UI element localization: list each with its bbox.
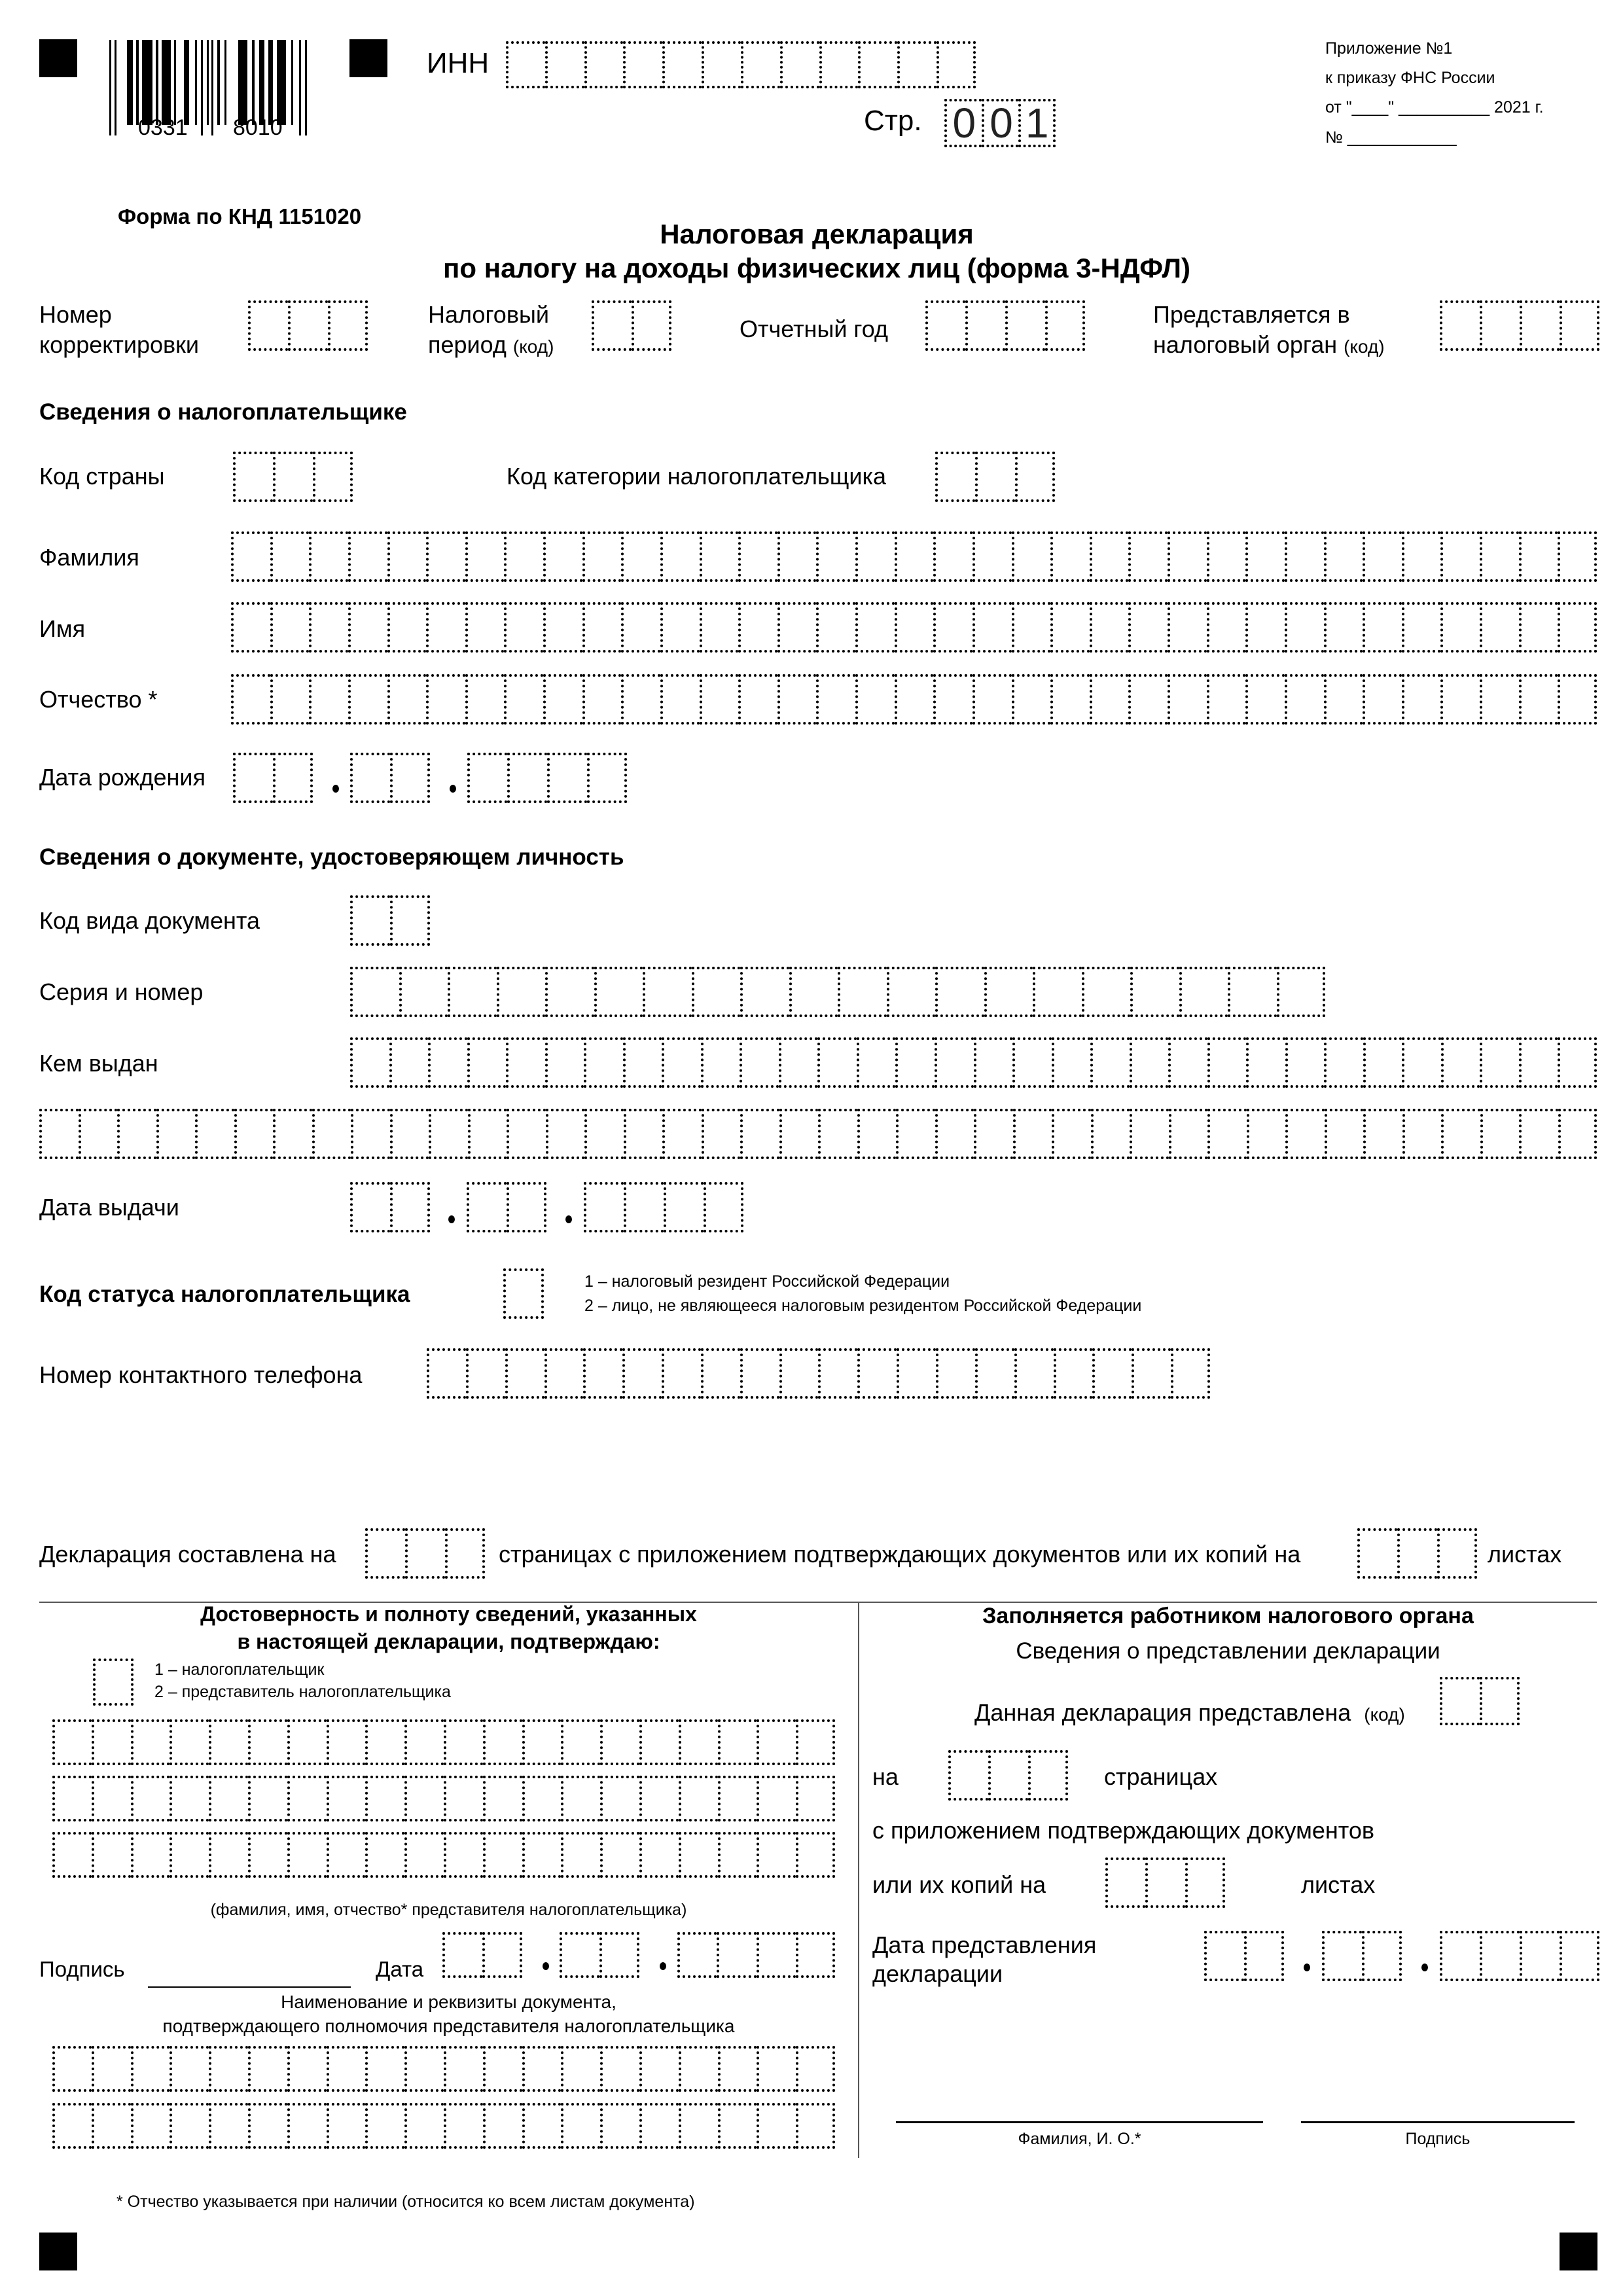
input-cell[interactable]: [1437, 1528, 1477, 1579]
input-cell[interactable]: [789, 967, 838, 1017]
input-cell[interactable]: [600, 1832, 639, 1878]
input-cell[interactable]: [624, 1109, 663, 1159]
input-cell[interactable]: [365, 1776, 404, 1821]
input-cell[interactable]: [507, 753, 547, 803]
authority-doc-line-1[interactable]: [52, 2046, 835, 2092]
birth-year-field[interactable]: [467, 753, 627, 803]
input-cell[interactable]: [467, 753, 507, 803]
input-cell[interactable]: [818, 1109, 857, 1159]
input-cell[interactable]: [1207, 674, 1246, 725]
input-cell[interactable]: [483, 2103, 522, 2149]
input-cell[interactable]: [1207, 531, 1246, 582]
input-cell[interactable]: [677, 1932, 717, 1978]
input-cell[interactable]: [1090, 531, 1129, 582]
birth-day-field[interactable]: [233, 753, 313, 803]
input-cell[interactable]: [1244, 1931, 1284, 1981]
input-cell[interactable]: [1480, 1677, 1520, 1725]
input-cell[interactable]: [855, 602, 895, 653]
input-cell[interactable]: [52, 1832, 92, 1878]
signer-type-field[interactable]: [93, 1659, 134, 1706]
input-cell[interactable]: [592, 300, 632, 351]
input-cell[interactable]: [348, 674, 387, 725]
input-cell[interactable]: [1130, 967, 1179, 1017]
issue-month-field[interactable]: [467, 1182, 546, 1232]
input-cell[interactable]: [1204, 1931, 1244, 1981]
input-cell[interactable]: [1440, 1677, 1480, 1725]
input-cell[interactable]: [1558, 1037, 1597, 1088]
input-cell[interactable]: [543, 674, 582, 725]
input-cell[interactable]: [1169, 1109, 1208, 1159]
input-cell[interactable]: [1402, 531, 1441, 582]
status-code-field[interactable]: [503, 1268, 544, 1319]
input-cell[interactable]: [209, 2103, 248, 2149]
input-cell[interactable]: [560, 1932, 599, 1978]
input-cell[interactable]: [348, 531, 387, 582]
input-cell[interactable]: [757, 2046, 796, 2092]
input-cell[interactable]: [895, 674, 934, 725]
input-cell[interactable]: [1519, 1037, 1558, 1088]
issued-by-field-line-1[interactable]: [350, 1037, 1597, 1088]
input-cell[interactable]: [288, 300, 328, 351]
input-cell[interactable]: [270, 674, 310, 725]
input-cell[interactable]: [1480, 531, 1519, 582]
input-cell[interactable]: [935, 1037, 974, 1088]
office-pages-field[interactable]: [948, 1750, 1068, 1801]
input-cell[interactable]: [1440, 1931, 1480, 1981]
input-cell[interactable]: [131, 1719, 170, 1765]
patronymic-field[interactable]: [231, 674, 1597, 725]
series-number-field[interactable]: [350, 967, 1325, 1017]
input-cell[interactable]: [365, 1832, 404, 1878]
input-cell[interactable]: [600, 1776, 639, 1821]
input-cell[interactable]: [231, 674, 270, 725]
input-cell[interactable]: [350, 1037, 389, 1088]
input-cell[interactable]: [497, 967, 546, 1017]
input-cell[interactable]: [679, 2046, 718, 2092]
input-cell[interactable]: [1558, 674, 1597, 725]
input-cell[interactable]: [273, 753, 313, 803]
input-cell[interactable]: [1012, 1037, 1052, 1088]
input-cell[interactable]: [544, 1348, 584, 1399]
input-cell[interactable]: [1363, 602, 1402, 653]
input-cell[interactable]: [1362, 1931, 1402, 1981]
input-cell[interactable]: [1246, 1037, 1285, 1088]
input-cell[interactable]: [1132, 1348, 1171, 1399]
input-cell[interactable]: [468, 1109, 507, 1159]
input-cell[interactable]: [1324, 674, 1363, 725]
input-cell[interactable]: [1285, 1037, 1325, 1088]
input-cell[interactable]: [1128, 602, 1168, 653]
country-code-field[interactable]: [233, 452, 353, 502]
input-cell[interactable]: [819, 41, 859, 88]
input-cell[interactable]: [757, 2103, 796, 2149]
input-cell[interactable]: [273, 1109, 312, 1159]
input-cell[interactable]: [79, 1109, 118, 1159]
input-cell[interactable]: [1247, 1109, 1286, 1159]
input-cell[interactable]: [504, 602, 543, 653]
input-cell[interactable]: [584, 1037, 623, 1088]
signature-line[interactable]: [148, 1986, 351, 1988]
input-cell[interactable]: [662, 1348, 701, 1399]
input-cell[interactable]: [587, 753, 627, 803]
input-cell[interactable]: [701, 1348, 740, 1399]
input-cell[interactable]: [1090, 602, 1129, 653]
input-cell[interactable]: [1033, 967, 1082, 1017]
input-cell[interactable]: [1245, 674, 1285, 725]
input-cell[interactable]: [1052, 1109, 1091, 1159]
input-cell[interactable]: [1519, 1109, 1558, 1159]
input-cell[interactable]: [1325, 1109, 1364, 1159]
input-cell[interactable]: [897, 1348, 936, 1399]
input-cell[interactable]: [1082, 967, 1131, 1017]
input-cell[interactable]: [679, 1776, 718, 1821]
input-cell[interactable]: [427, 1348, 466, 1399]
input-cell[interactable]: [936, 1348, 975, 1399]
input-cell[interactable]: [1285, 531, 1324, 582]
input-cell[interactable]: [624, 1182, 664, 1232]
tax-year-field[interactable]: [925, 300, 1085, 351]
input-cell[interactable]: [1050, 674, 1090, 725]
input-cell[interactable]: [700, 531, 739, 582]
input-cell[interactable]: [387, 674, 427, 725]
input-cell[interactable]: [467, 1182, 507, 1232]
input-cell[interactable]: [506, 1037, 545, 1088]
input-cell[interactable]: [584, 1109, 624, 1159]
input-cell[interactable]: [1015, 452, 1055, 502]
input-cell[interactable]: [1324, 1037, 1363, 1088]
input-cell[interactable]: [117, 1109, 156, 1159]
input-cell[interactable]: [365, 1719, 404, 1765]
input-cell[interactable]: [718, 2103, 757, 2149]
input-cell[interactable]: [1363, 674, 1402, 725]
input-cell[interactable]: [504, 531, 543, 582]
input-cell[interactable]: [92, 1832, 131, 1878]
input-cell[interactable]: [465, 531, 505, 582]
input-cell[interactable]: [639, 1832, 679, 1878]
input-cell[interactable]: [975, 452, 1015, 502]
input-cell[interactable]: [1130, 1109, 1169, 1159]
input-cell[interactable]: [965, 300, 1005, 351]
input-cell[interactable]: [738, 531, 777, 582]
input-cell[interactable]: [1168, 531, 1207, 582]
input-cell[interactable]: [796, 2103, 835, 2149]
input-cell[interactable]: [52, 2046, 92, 2092]
input-cell[interactable]: [584, 41, 624, 88]
input-cell[interactable]: [974, 1037, 1013, 1088]
input-cell[interactable]: [702, 1109, 741, 1159]
input-cell[interactable]: [506, 41, 545, 88]
input-cell[interactable]: [93, 1659, 134, 1706]
input-cell[interactable]: [1168, 674, 1207, 725]
input-cell[interactable]: [248, 2046, 287, 2092]
input-cell[interactable]: [52, 2103, 92, 2149]
input-cell[interactable]: [507, 1109, 546, 1159]
input-cell[interactable]: [621, 602, 660, 653]
input-cell[interactable]: [39, 1109, 79, 1159]
input-cell[interactable]: [639, 1776, 679, 1821]
input-cell[interactable]: [231, 602, 270, 653]
submission-code-field[interactable]: [1440, 1677, 1520, 1725]
input-cell[interactable]: [1441, 1109, 1480, 1159]
input-cell[interactable]: [623, 41, 662, 88]
input-cell[interactable]: [740, 1037, 779, 1088]
input-cell[interactable]: [365, 2103, 404, 2149]
input-cell[interactable]: [429, 1109, 468, 1159]
input-cell[interactable]: [1092, 1348, 1132, 1399]
input-cell[interactable]: [623, 1037, 662, 1088]
input-cell[interactable]: [1560, 300, 1599, 351]
input-cell[interactable]: [740, 1109, 779, 1159]
input-cell[interactable]: [1397, 1528, 1437, 1579]
input-cell[interactable]: [600, 2046, 639, 2092]
input-cell[interactable]: [796, 1832, 835, 1878]
input-cell[interactable]: [1245, 531, 1285, 582]
category-code-field[interactable]: [935, 452, 1055, 502]
submission-month-field[interactable]: [1322, 1931, 1402, 1981]
input-cell[interactable]: [582, 531, 622, 582]
input-cell[interactable]: [1520, 1931, 1560, 1981]
input-cell[interactable]: [483, 1719, 522, 1765]
input-cell[interactable]: [287, 2103, 327, 2149]
tax-authority-field[interactable]: [1440, 300, 1599, 351]
input-cell[interactable]: [92, 1776, 131, 1821]
input-cell[interactable]: [662, 1109, 702, 1159]
input-cell[interactable]: [561, 2046, 600, 2092]
input-cell[interactable]: [52, 1776, 92, 1821]
doc-type-field[interactable]: [350, 895, 430, 946]
input-cell[interactable]: [387, 602, 427, 653]
input-cell[interactable]: [1285, 1109, 1325, 1159]
input-cell[interactable]: [444, 1832, 483, 1878]
input-cell[interactable]: [404, 1776, 444, 1821]
input-cell[interactable]: [600, 1719, 639, 1765]
birth-month-field[interactable]: [350, 753, 430, 803]
input-cell[interactable]: [248, 1776, 287, 1821]
input-cell[interactable]: [701, 1037, 740, 1088]
input-cell[interactable]: [1012, 602, 1051, 653]
input-cell[interactable]: [390, 1182, 430, 1232]
input-cell[interactable]: [1179, 967, 1228, 1017]
input-cell[interactable]: [777, 674, 817, 725]
input-cell[interactable]: [599, 1932, 639, 1978]
input-cell[interactable]: [817, 1037, 857, 1088]
input-cell[interactable]: [972, 602, 1012, 653]
input-cell[interactable]: [1090, 1037, 1130, 1088]
input-cell[interactable]: [582, 602, 622, 653]
input-cell[interactable]: [1519, 531, 1558, 582]
input-cell[interactable]: [1519, 674, 1558, 725]
input-cell[interactable]: [857, 1037, 896, 1088]
input-cell[interactable]: [639, 2046, 679, 2092]
input-cell[interactable]: [350, 895, 390, 946]
input-cell[interactable]: [584, 1182, 624, 1232]
input-cell[interactable]: [390, 895, 430, 946]
input-cell[interactable]: [780, 41, 819, 88]
input-cell[interactable]: [796, 1932, 835, 1978]
input-cell[interactable]: [561, 1832, 600, 1878]
input-cell[interactable]: [796, 1776, 835, 1821]
input-cell[interactable]: [740, 1348, 779, 1399]
input-cell[interactable]: [92, 2046, 131, 2092]
input-cell[interactable]: [664, 1182, 704, 1232]
input-cell[interactable]: [482, 1932, 522, 1978]
input-cell[interactable]: [327, 1776, 366, 1821]
input-cell[interactable]: [483, 1832, 522, 1878]
input-cell[interactable]: [405, 1528, 445, 1579]
name-field[interactable]: [231, 602, 1597, 653]
input-cell[interactable]: [857, 1109, 897, 1159]
input-cell[interactable]: [948, 1750, 988, 1801]
input-cell[interactable]: [270, 531, 310, 582]
input-cell[interactable]: [522, 1776, 562, 1821]
input-cell[interactable]: [1402, 1037, 1441, 1088]
input-cell[interactable]: [131, 2046, 170, 2092]
input-cell[interactable]: [858, 41, 897, 88]
input-cell[interactable]: [545, 1037, 584, 1088]
input-cell[interactable]: [838, 967, 887, 1017]
input-cell[interactable]: [561, 1776, 600, 1821]
input-cell[interactable]: [1171, 1348, 1210, 1399]
input-cell[interactable]: [52, 1719, 92, 1765]
issue-day-field[interactable]: [350, 1182, 430, 1232]
input-cell[interactable]: [1014, 1348, 1054, 1399]
input-cell[interactable]: [444, 2046, 483, 2092]
input-cell[interactable]: [327, 1719, 366, 1765]
input-cell[interactable]: [169, 2103, 209, 2149]
input-cell[interactable]: [895, 1037, 935, 1088]
input-cell[interactable]: [234, 1109, 274, 1159]
input-cell[interactable]: [504, 674, 543, 725]
input-cell[interactable]: [503, 1268, 544, 1319]
input-cell[interactable]: [1480, 1109, 1520, 1159]
input-cell[interactable]: [547, 753, 587, 803]
input-cell[interactable]: [309, 602, 348, 653]
declaration-pages-field[interactable]: [365, 1528, 485, 1579]
input-cell[interactable]: [1441, 1037, 1480, 1088]
input-cell[interactable]: [561, 2103, 600, 2149]
correction-number-field[interactable]: [248, 300, 368, 351]
input-cell[interactable]: [1402, 1109, 1442, 1159]
input-cell[interactable]: [313, 452, 353, 502]
input-cell[interactable]: [779, 1109, 819, 1159]
input-cell[interactable]: [600, 2103, 639, 2149]
input-cell[interactable]: [1324, 531, 1363, 582]
input-cell[interactable]: [621, 531, 660, 582]
input-cell[interactable]: [1363, 531, 1402, 582]
input-cell[interactable]: [1480, 1037, 1519, 1088]
input-cell[interactable]: [348, 602, 387, 653]
input-cell[interactable]: [925, 300, 965, 351]
confirmation-day-field[interactable]: [442, 1932, 522, 1978]
surname-field[interactable]: [231, 531, 1597, 582]
input-cell[interactable]: [1519, 602, 1558, 653]
input-cell[interactable]: [702, 41, 741, 88]
input-cell[interactable]: [1440, 602, 1480, 653]
input-cell[interactable]: [546, 1109, 585, 1159]
input-cell[interactable]: [660, 602, 700, 653]
input-cell[interactable]: [935, 967, 984, 1017]
input-cell[interactable]: [679, 2103, 718, 2149]
input-cell[interactable]: [1128, 531, 1168, 582]
input-cell[interactable]: [287, 2046, 327, 2092]
input-cell[interactable]: [897, 41, 936, 88]
input-cell[interactable]: [428, 1037, 467, 1088]
input-cell[interactable]: [757, 1932, 796, 1978]
input-cell[interactable]: [444, 1719, 483, 1765]
confirmation-year-field[interactable]: [677, 1932, 835, 1978]
input-cell[interactable]: [365, 2046, 404, 2092]
input-cell[interactable]: [639, 2103, 679, 2149]
input-cell[interactable]: [896, 1109, 935, 1159]
input-cell[interactable]: [816, 674, 855, 725]
input-cell[interactable]: [662, 1037, 701, 1088]
input-cell[interactable]: [561, 1719, 600, 1765]
input-cell[interactable]: [1440, 300, 1480, 351]
input-cell[interactable]: [700, 602, 739, 653]
input-cell[interactable]: [622, 1348, 662, 1399]
input-cell[interactable]: [248, 300, 288, 351]
input-cell[interactable]: [582, 674, 622, 725]
input-cell[interactable]: [248, 2103, 287, 2149]
input-cell[interactable]: [426, 674, 465, 725]
input-cell[interactable]: [209, 2046, 248, 2092]
input-cell[interactable]: [594, 967, 643, 1017]
office-sheets-field[interactable]: [1105, 1857, 1225, 1908]
input-cell[interactable]: [448, 967, 497, 1017]
tax-period-field[interactable]: [592, 300, 671, 351]
input-cell[interactable]: [390, 753, 430, 803]
input-cell[interactable]: [92, 1719, 131, 1765]
input-cell[interactable]: [1322, 1931, 1362, 1981]
input-cell[interactable]: [1440, 531, 1480, 582]
input-cell[interactable]: [1012, 531, 1051, 582]
input-cell[interactable]: [248, 1832, 287, 1878]
input-cell[interactable]: [777, 602, 817, 653]
input-cell[interactable]: [972, 531, 1012, 582]
input-cell[interactable]: [1363, 1109, 1402, 1159]
input-cell[interactable]: [444, 1776, 483, 1821]
input-cell[interactable]: [1480, 602, 1519, 653]
input-cell[interactable]: [522, 1719, 562, 1765]
input-cell[interactable]: [1402, 674, 1441, 725]
input-cell[interactable]: [522, 2046, 562, 2092]
input-cell[interactable]: [895, 602, 934, 653]
input-cell[interactable]: [975, 1348, 1014, 1399]
input-cell[interactable]: [287, 1776, 327, 1821]
input-cell[interactable]: [984, 967, 1033, 1017]
input-cell[interactable]: [1480, 1931, 1520, 1981]
input-cell[interactable]: [444, 2103, 483, 2149]
input-cell[interactable]: [857, 1348, 897, 1399]
input-cell[interactable]: [621, 674, 660, 725]
input-cell[interactable]: [1013, 1109, 1052, 1159]
input-cell[interactable]: [350, 967, 399, 1017]
input-cell[interactable]: [818, 1348, 857, 1399]
input-cell[interactable]: [1090, 674, 1129, 725]
input-cell[interactable]: [445, 1528, 485, 1579]
input-cell[interactable]: [738, 602, 777, 653]
input-cell[interactable]: [718, 1776, 757, 1821]
input-cell[interactable]: [131, 1776, 170, 1821]
input-cell[interactable]: [505, 1348, 544, 1399]
input-cell[interactable]: [387, 531, 427, 582]
input-cell[interactable]: [679, 1832, 718, 1878]
input-cell[interactable]: [327, 2103, 366, 2149]
input-cell[interactable]: [328, 300, 368, 351]
input-cell[interactable]: [309, 674, 348, 725]
input-cell[interactable]: [312, 1109, 351, 1159]
input-cell[interactable]: [1050, 531, 1090, 582]
